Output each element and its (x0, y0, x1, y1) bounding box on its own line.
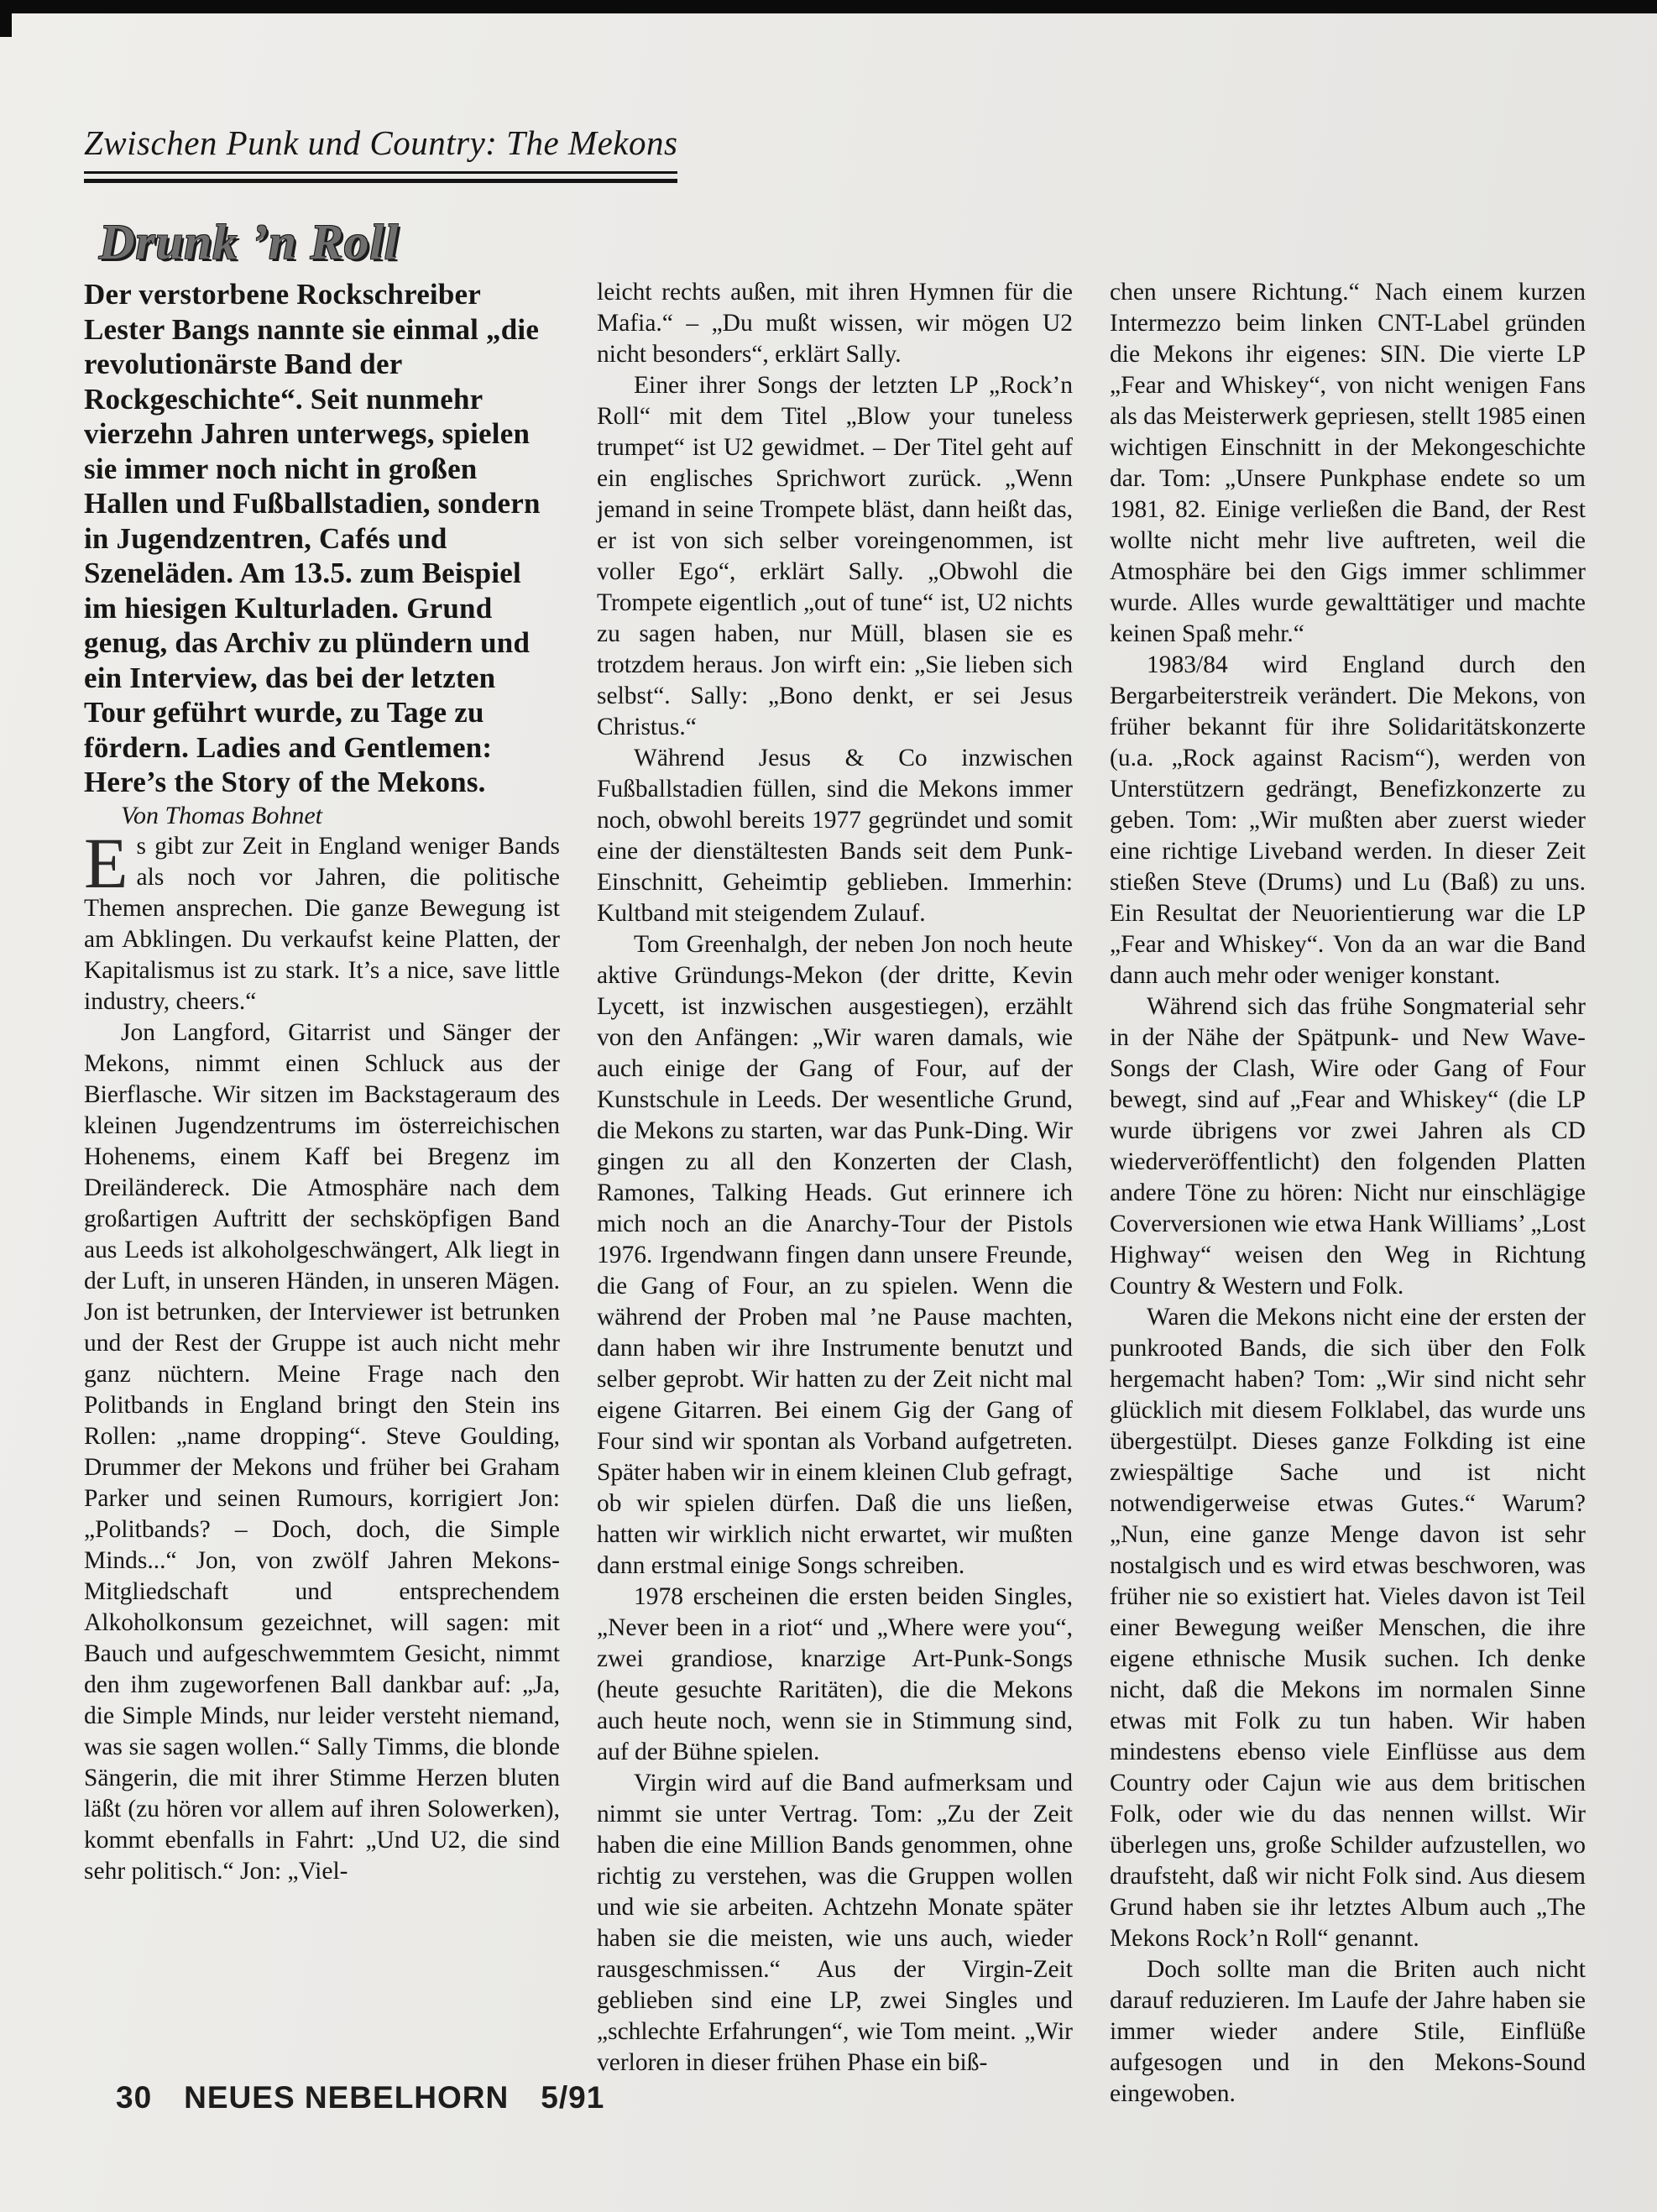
paragraph: Waren die Mekons nicht eine der ersten d… (1110, 1302, 1586, 1954)
paragraph: Einer ihrer Songs der letzten LP „Rock’n… (597, 370, 1073, 743)
paragraph: Während Jesus & Co inzwischen Fußballsta… (597, 743, 1073, 929)
column-left-body: Es gibt zur Zeit in England weniger Band… (84, 831, 560, 1887)
page-title: Drunk ’n Roll (99, 213, 399, 271)
paragraph: 1978 erscheinen die ersten beiden Single… (597, 1582, 1073, 1768)
paragraph: Virgin wird auf die Band aufmerksam und … (597, 1768, 1073, 2079)
paragraph-text: s gibt zur Zeit in England weniger Bands… (84, 833, 560, 1015)
drop-cap: E (84, 831, 137, 890)
magazine-name: NEUES NEBELHORN (184, 2080, 509, 2115)
scan-corner-artifact (0, 0, 12, 37)
column-right: chen unsere Richtung.“ Nach einem kurzen… (1110, 277, 1586, 2110)
paragraph: chen unsere Richtung.“ Nach einem kurzen… (1110, 277, 1586, 650)
lead-paragraph: Der verstorbene Rockschreiber Lester Ban… (84, 277, 560, 800)
column-middle: leicht rechts außen, mit ihren Hymnen fü… (597, 277, 1073, 2110)
kicker-text: Zwischen Punk und Country: The Mekons (84, 123, 677, 174)
kicker: Zwischen Punk und Country: The Mekons (84, 123, 677, 183)
paragraph: Es gibt zur Zeit in England weniger Band… (84, 831, 560, 1017)
kicker-rule (84, 179, 677, 183)
paragraph: Doch sollte man die Briten auch nicht da… (1110, 1954, 1586, 2110)
paragraph: Tom Greenhalgh, der neben Jon noch heute… (597, 929, 1073, 1582)
column-left: Der verstorbene Rockschreiber Lester Ban… (84, 277, 560, 2110)
paragraph: 1983/84 wird England durch den Bergarbei… (1110, 650, 1586, 991)
byline: Von Thomas Bohnet (84, 800, 560, 831)
page-number: 30 (116, 2080, 152, 2115)
page-footer: 30 NEUES NEBELHORN 5/91 (116, 2080, 604, 2115)
scan-edge-artifact (0, 0, 1657, 13)
magazine-page: Zwischen Punk und Country: The Mekons Dr… (0, 0, 1657, 2212)
paragraph: leicht rechts außen, mit ihren Hymnen fü… (597, 277, 1073, 370)
article-columns: Der verstorbene Rockschreiber Lester Ban… (84, 277, 1586, 2110)
paragraph: Während sich das frühe Songmaterial sehr… (1110, 991, 1586, 1302)
paragraph: Jon Langford, Gitarrist und Sänger der M… (84, 1017, 560, 1887)
issue-number: 5/91 (541, 2080, 604, 2115)
